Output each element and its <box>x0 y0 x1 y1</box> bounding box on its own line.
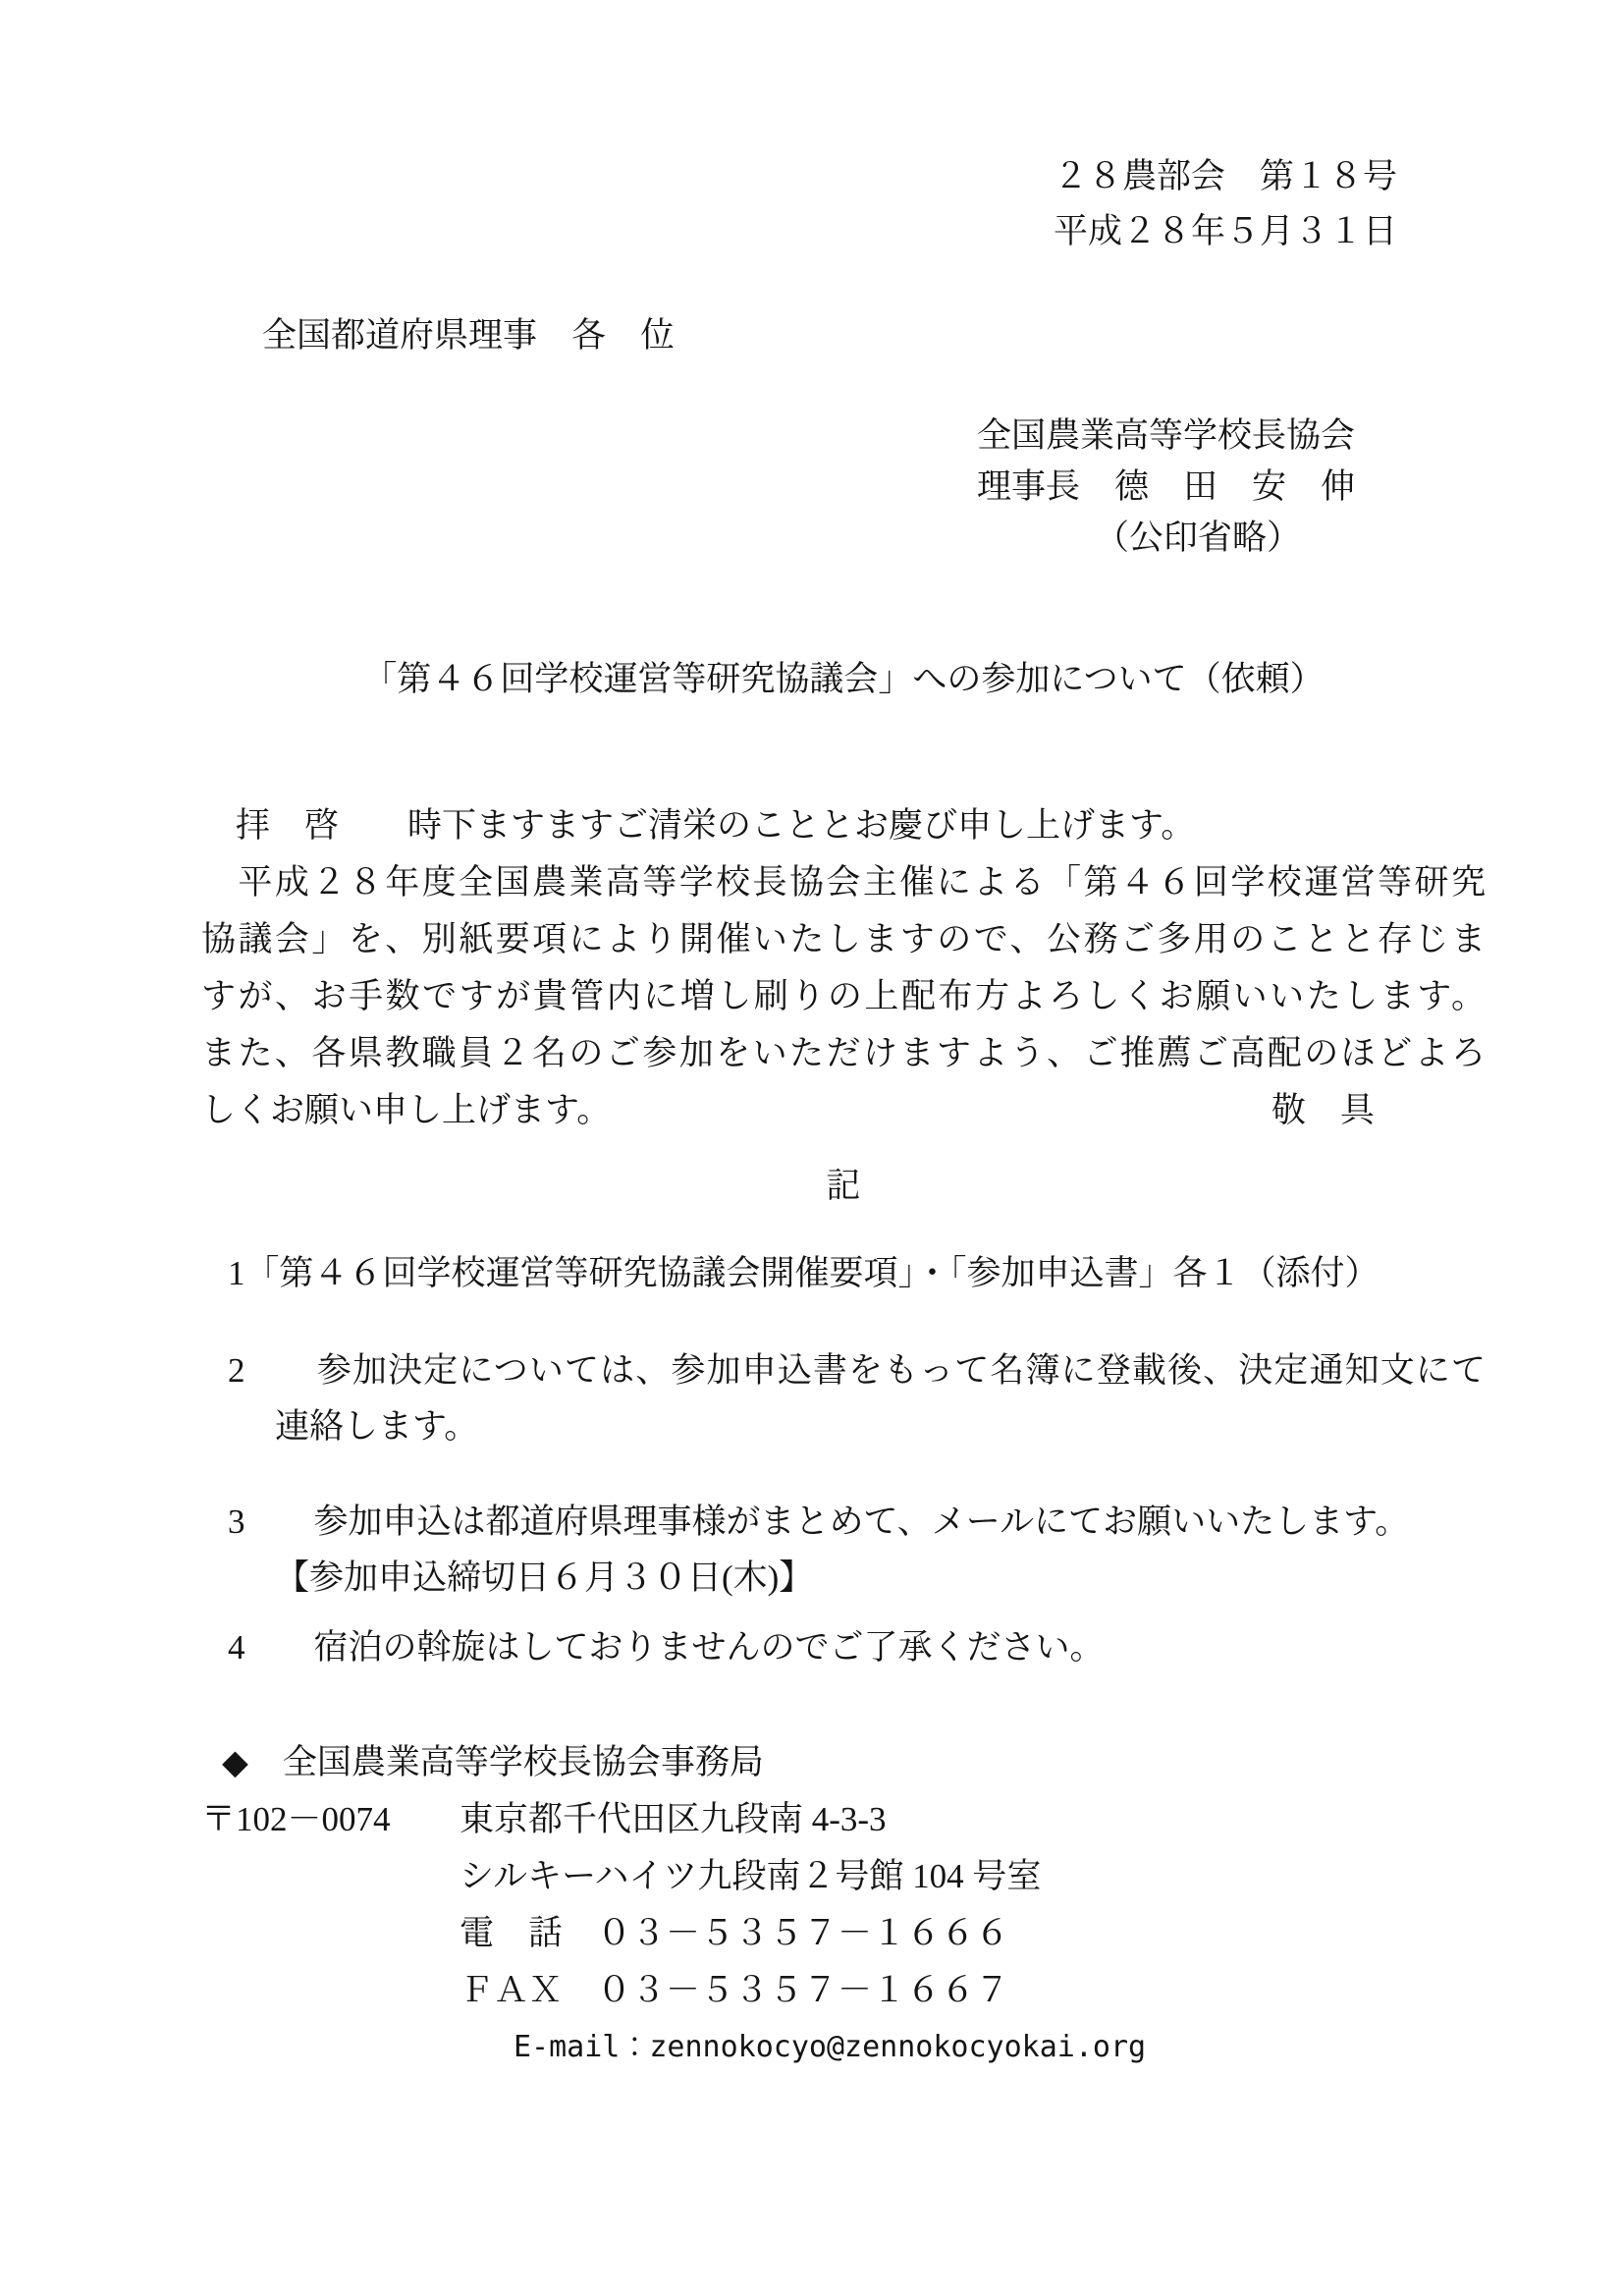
addressee: 全国都道府県理事 各 位 <box>262 308 1486 363</box>
list-item-line: 2 参加決定については、参加申込書をもって名簿に登載後、決定通知文にて <box>228 1342 1486 1398</box>
body-paragraph: 拝 啓 時下ますますご清栄のこととお慶び申し上げます。 平成２８年度全国農業高等… <box>201 797 1486 1139</box>
body-line: 拝 啓 時下ますますご清栄のこととお慶び申し上げます。 <box>201 797 1486 854</box>
body-line: 平成２８年度全国農業高等学校長協会主催による「第４６回学校運営等研究 <box>201 854 1486 911</box>
list-item-line: 連絡します。 <box>228 1398 1486 1454</box>
list-item-2: 2 参加決定については、参加申込書をもって名簿に登載後、決定通知文にて 連絡しま… <box>201 1342 1486 1454</box>
body-line: すが、お手数ですが貴管内に増し刷りの上配布方よろしくお願いいたします。 <box>201 968 1486 1025</box>
document-header: ２８農部会 第１８号 平成２８年５月３１日 <box>1054 149 1486 259</box>
letter-page: ２８農部会 第１８号 平成２８年５月３１日 全国都道府県理事 各 位 全国農業高… <box>0 0 1623 2296</box>
office-email: E-mail：zennokocyo@zennokocyokai.org <box>201 2019 1486 2076</box>
list-item-line: 【参加申込締切日６月３０日(木)】 <box>228 1550 1486 1606</box>
sender-organization: 全国農業高等学校長協会 <box>977 410 1486 462</box>
record-heading: 記 <box>201 1159 1486 1214</box>
list-item-line: 4 宿泊の斡旋はしておりませんのでご了承ください。 <box>228 1619 1486 1675</box>
seal-omission-note: （公印省略） <box>977 513 1486 564</box>
body-line: また、各県教職員２名のご参加をいただけますよう、ご推薦ご高配のほどよろ <box>201 1025 1486 1082</box>
body-closing-line: しくお願い申し上げます。 敬 具 <box>201 1082 1486 1139</box>
office-building: シルキーハイツ九段南２号館 104 号室 <box>201 1848 1486 1905</box>
body-line: しくお願い申し上げます。 <box>201 1082 611 1139</box>
doc-date: 平成２８年５月３１日 <box>1054 204 1486 259</box>
office-fax: ＦＡＸ ０３－５３５７－１６６７ <box>201 1962 1486 2019</box>
office-phone: 電 話 ０３－５３５７－１６６６ <box>201 1905 1486 1962</box>
sender-block: 全国農業高等学校長協会 理事長 德 田 安 伸 （公印省略） <box>977 410 1486 564</box>
office-name: 全国農業高等学校長協会事務局 <box>283 1743 764 1781</box>
body-line: 協議会」を、別紙要項により開催いたしますので、公務ご多用のことと存じま <box>201 911 1486 968</box>
list-item-1: 1「第４６回学校運営等研究協議会開催要項」・「参加申込書」各１（添付） <box>201 1245 1486 1301</box>
diamond-bullet-icon: ◆ <box>222 1743 248 1781</box>
office-block: ◆全国農業高等学校長協会事務局 〒102－0074東京都千代田区九段南 4-3-… <box>201 1734 1486 2076</box>
list-item-4: 4 宿泊の斡旋はしておりませんのでご了承ください。 <box>201 1619 1486 1675</box>
office-name-line: ◆全国農業高等学校長協会事務局 <box>201 1734 1486 1791</box>
office-postal-line: 〒102－0074東京都千代田区九段南 4-3-3 <box>201 1791 1486 1848</box>
doc-number: ２８農部会 第１８号 <box>1054 149 1486 204</box>
closing-salutation: 敬 具 <box>1271 1082 1375 1139</box>
list-item-line: 1「第４６回学校運営等研究協議会開催要項」・「参加申込書」各１（添付） <box>228 1245 1486 1301</box>
office-address: 東京都千代田区九段南 4-3-3 <box>460 1800 887 1838</box>
subject-title: 「第４６回学校運営等研究協議会」への参加について（依頼） <box>201 652 1486 707</box>
office-postal-code: 〒102－0074 <box>201 1791 460 1848</box>
sender-representative: 理事長 德 田 安 伸 <box>977 462 1486 513</box>
list-item-3: 3 参加申込は都道府県理事様がまとめて、メールにてお願いいたします。 【参加申込… <box>201 1494 1486 1606</box>
list-item-line: 3 参加申込は都道府県理事様がまとめて、メールにてお願いいたします。 <box>228 1494 1486 1550</box>
